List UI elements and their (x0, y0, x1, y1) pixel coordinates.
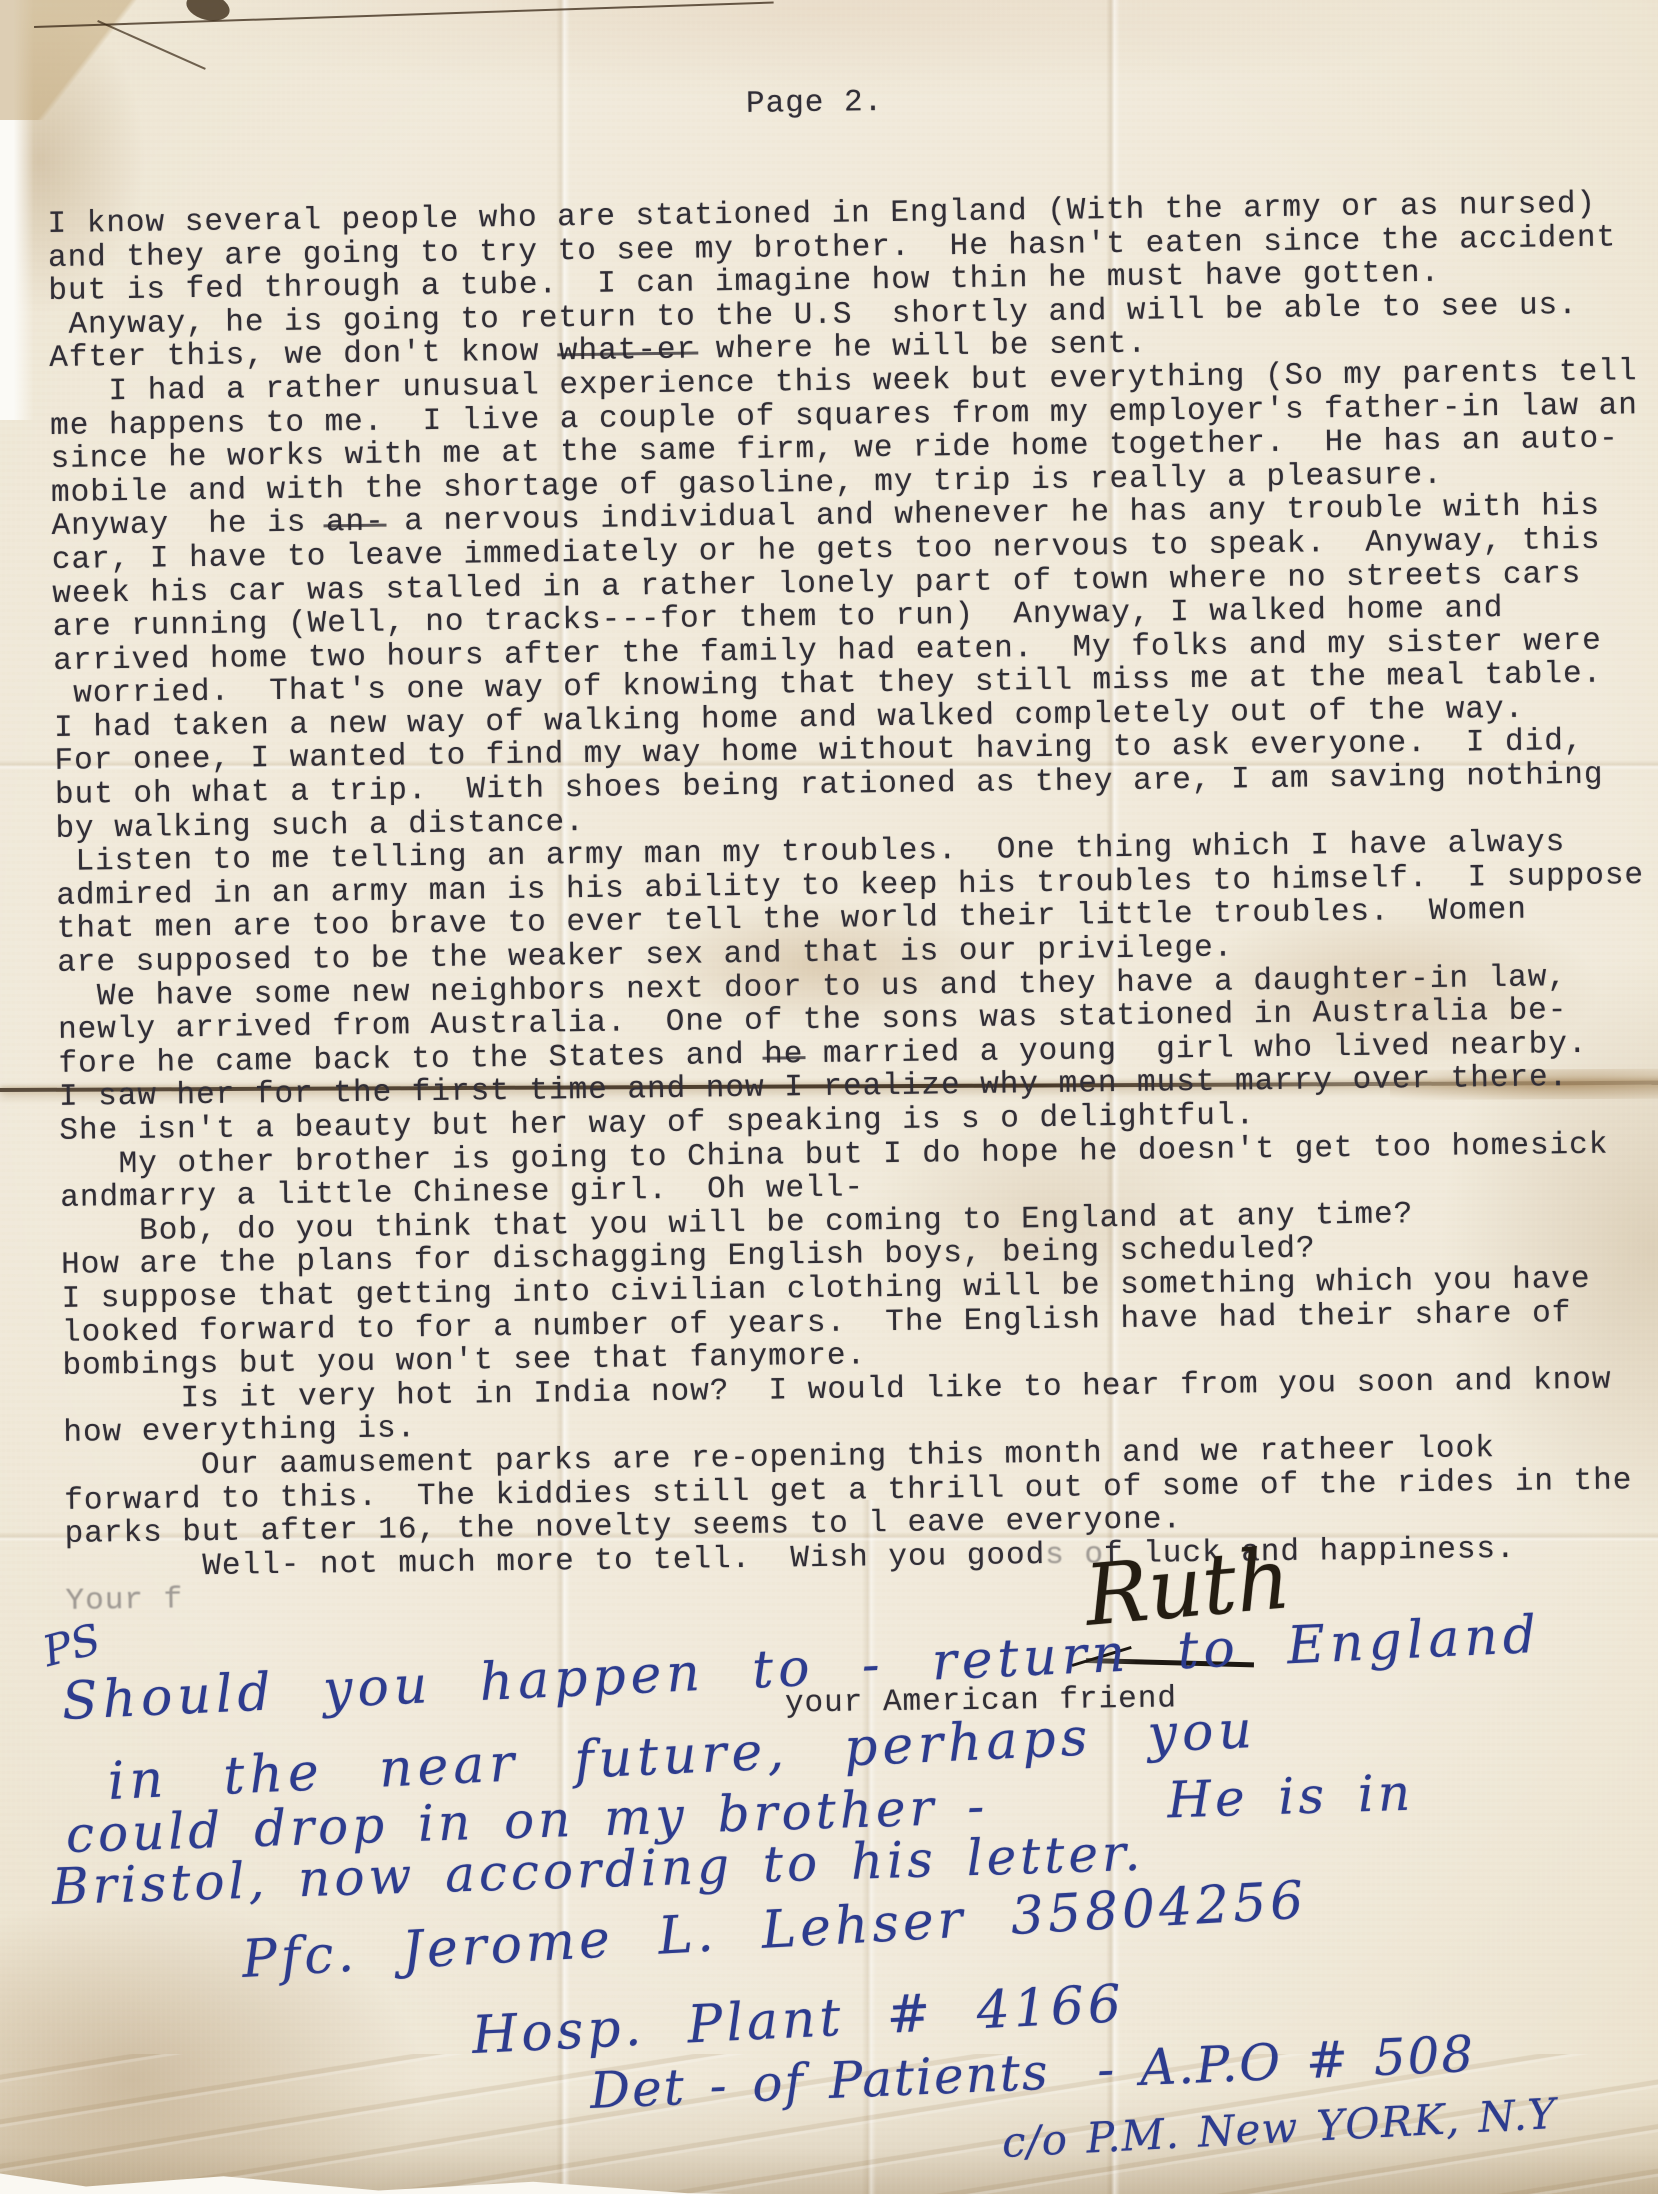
scan-edge-left (0, 0, 34, 420)
page-number: Page 2. (746, 76, 1658, 122)
letter-page: Page 2. I know several people who are st… (0, 0, 1658, 2194)
struck-out-text: an- (326, 505, 385, 541)
struck-out-text: he (764, 1037, 804, 1073)
faded-text: Your f (65, 1583, 183, 1620)
struck-out-text: what-er (559, 333, 697, 370)
typed-letter-body: Page 2. I know several people who are st… (45, 9, 1658, 1798)
top-edge-ink-mark (184, 0, 233, 25)
bottom-torn-edge (0, 2162, 860, 2194)
postscript-line: c/o P.M. New YORK, N.Y (1001, 2089, 1558, 2167)
typed-lines-container: I know several people who are stationed … (47, 187, 1658, 1619)
